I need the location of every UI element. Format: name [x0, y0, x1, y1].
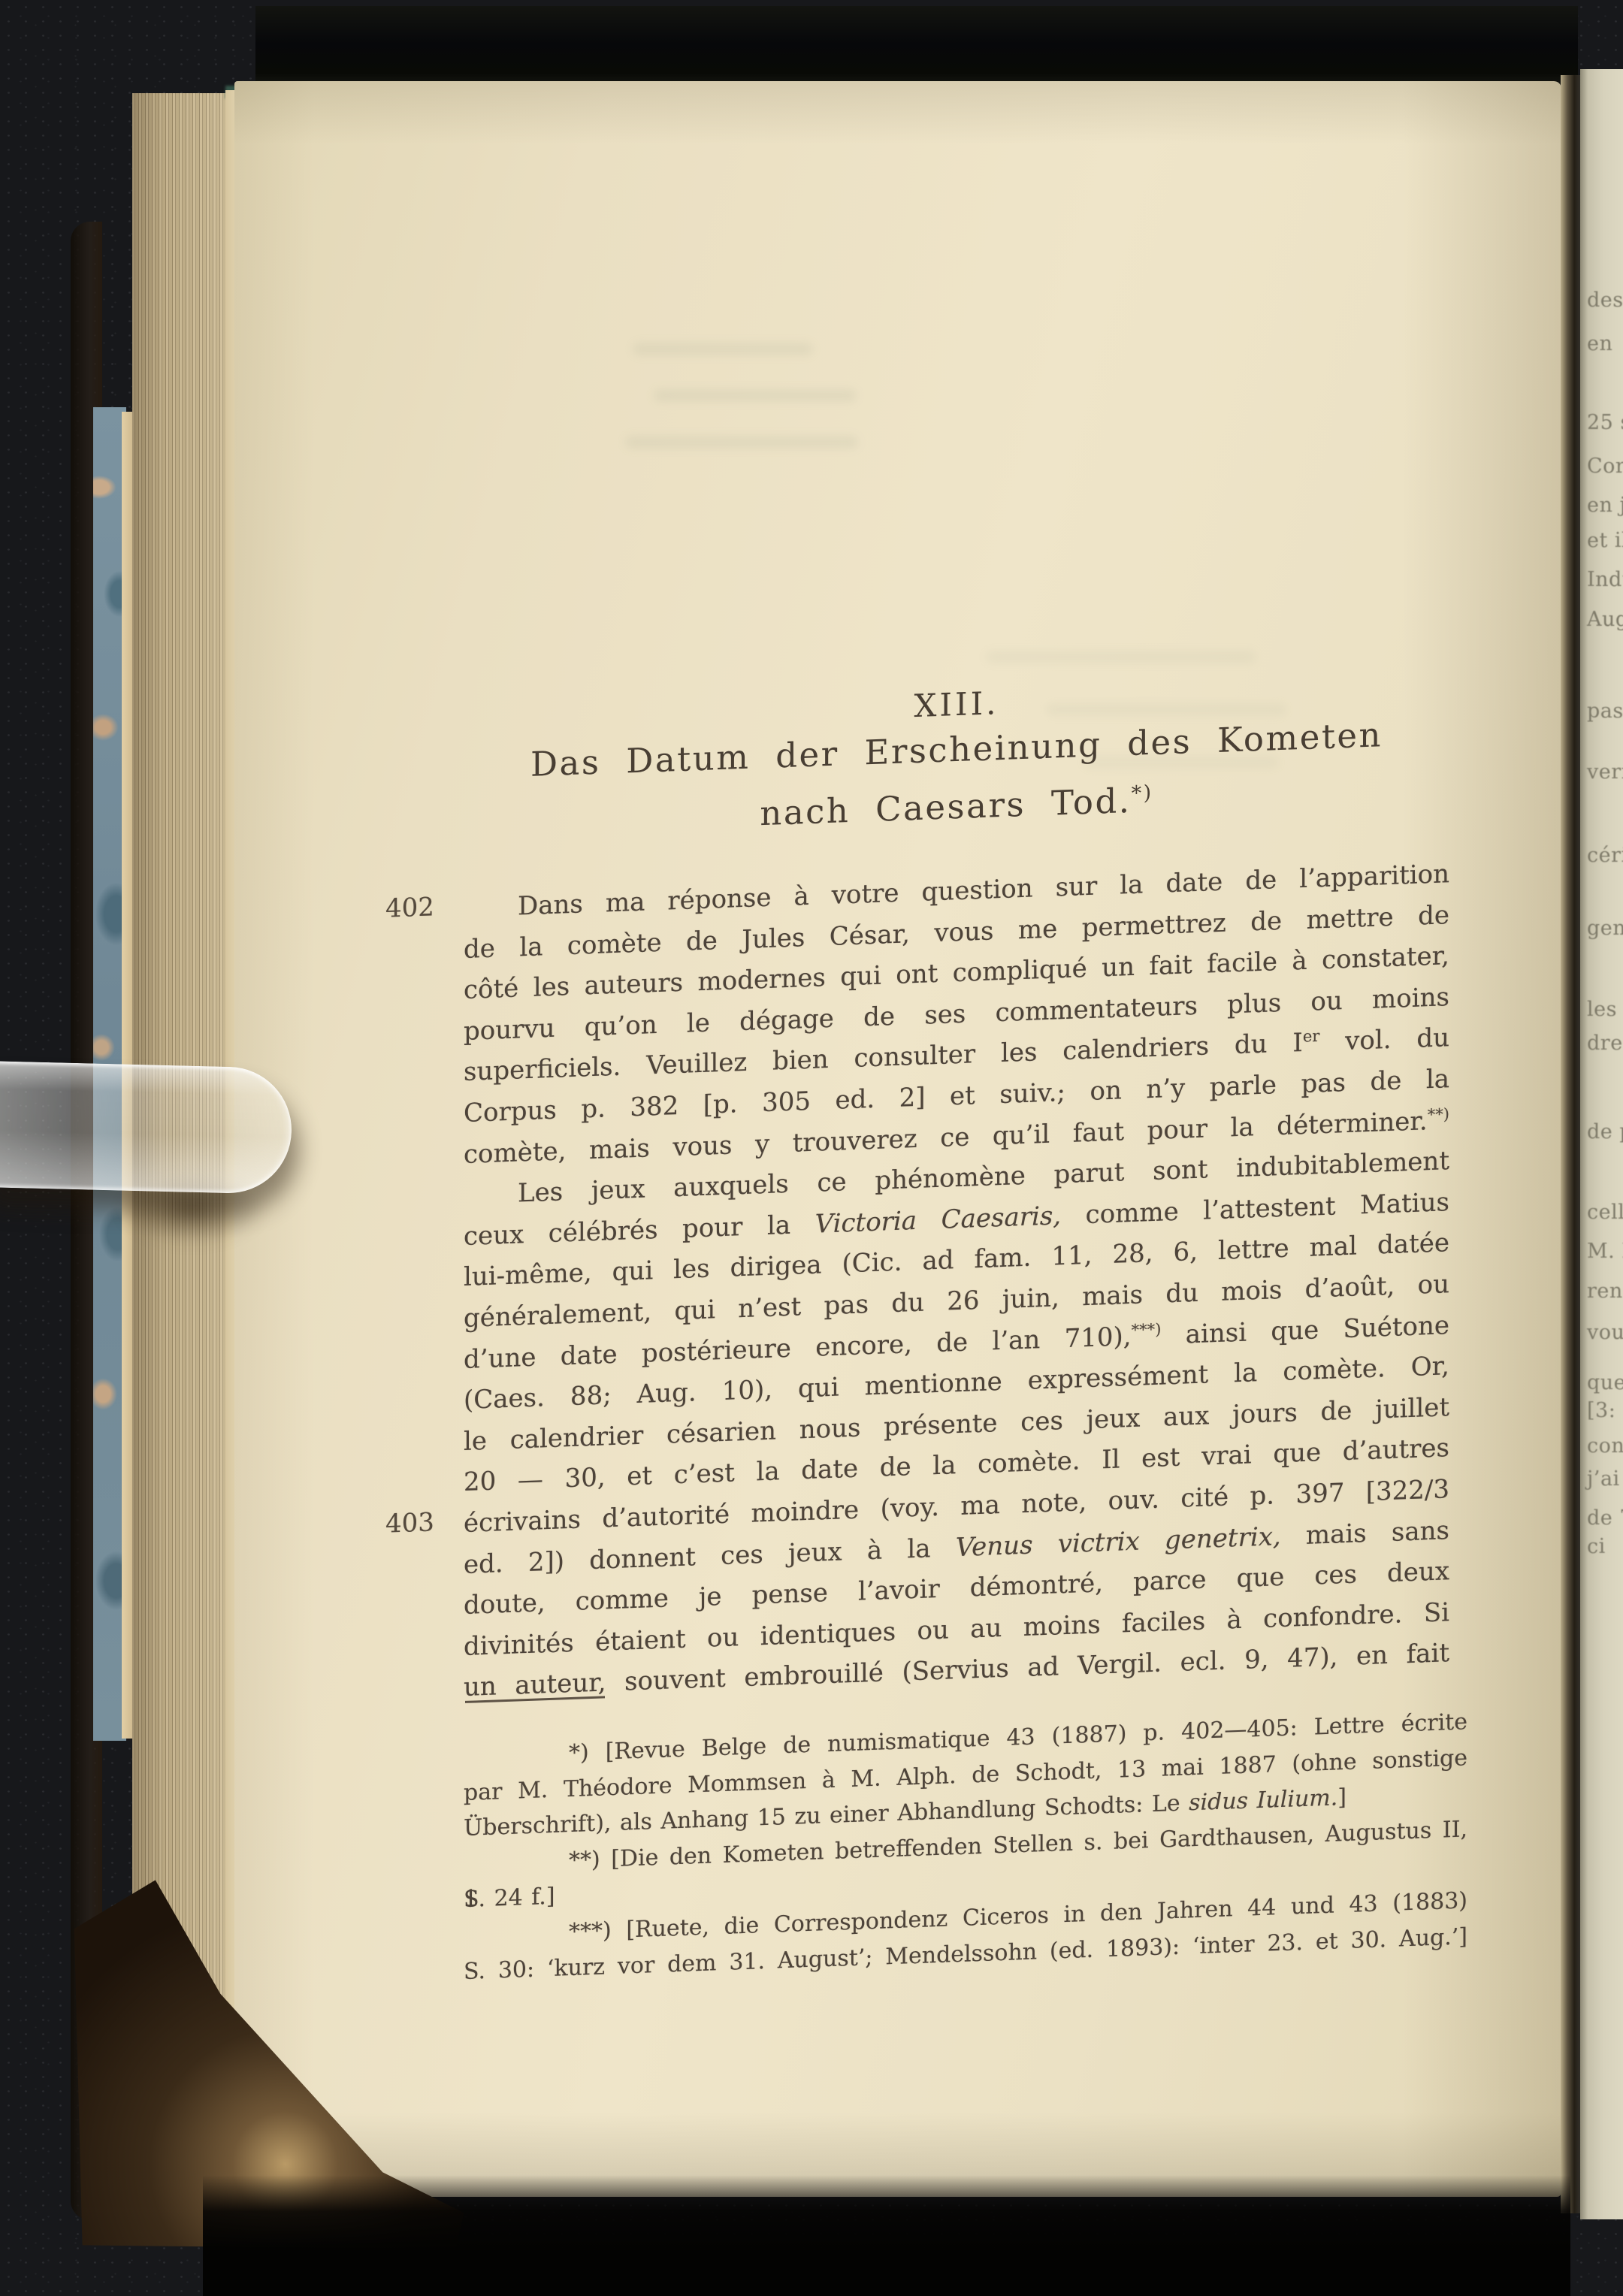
facing-page-line-fragment: et il	[1587, 529, 1623, 552]
book-photograph: XIII. Das Datum der Erscheinung des Kome…	[0, 0, 1623, 2296]
chapter-title-text: nach Caesars Tod.	[760, 781, 1131, 833]
facing-page-line-fragment: de p	[1587, 1120, 1623, 1143]
facing-page-sliver: desen25 sCoren jet ilInduAugpasverncérid…	[1580, 69, 1623, 2219]
facing-page-line-fragment: Indu	[1587, 568, 1623, 591]
facing-page-line-fragment: vern	[1587, 760, 1623, 784]
facing-page-line-fragment: gene	[1587, 917, 1623, 940]
text-run: mais sans	[1281, 1515, 1449, 1551]
facing-page-line-fragment: conf	[1587, 1434, 1623, 1458]
book-page: XIII. Das Datum der Erscheinung des Kome…	[234, 81, 1561, 2197]
facing-page-line-fragment: cérid	[1587, 844, 1623, 867]
footnote-marker: **)	[1428, 1104, 1449, 1123]
facing-page-line-fragment: rend	[1587, 1279, 1623, 1303]
text-run: comme l’attestent Matius	[1061, 1187, 1449, 1231]
facing-page-line-fragment: j’ai	[1587, 1467, 1620, 1491]
text-run: vol. du	[1319, 1023, 1449, 1058]
transparent-page-holder[interactable]	[0, 1061, 293, 1195]
facing-page-line-fragment: pas	[1587, 699, 1623, 723]
text-run: ceux célébrés pour la	[464, 1209, 815, 1251]
facing-page-line-fragment: en j	[1587, 494, 1623, 517]
facing-page-line-fragment: dre	[1587, 1032, 1623, 1055]
facing-page-line-fragment: Cor	[1587, 455, 1623, 478]
facing-page-line-fragment: les	[1587, 998, 1617, 1021]
facing-page-line-fragment: [3:	[1587, 1399, 1615, 1422]
footnote-marker: ***)	[1132, 1319, 1162, 1339]
facing-page-line-fragment: ci	[1587, 1535, 1606, 1558]
facing-page-line-fragment: celle	[1587, 1201, 1623, 1224]
title-footnote-marker: *)	[1132, 781, 1153, 805]
italic-phrase: Victoria Caesaris,	[815, 1201, 1061, 1239]
facing-page-line-fragment: Aug	[1587, 608, 1623, 631]
italic-phrase: Venus victrix genetrix,	[956, 1521, 1281, 1563]
gutter-fold	[1561, 75, 1580, 2213]
facing-page-line-fragment: M. R	[1587, 1240, 1623, 1263]
italic-phrase: sidus Iulium.	[1189, 1785, 1337, 1817]
book-bottom-shadow	[203, 2175, 1570, 2296]
footnote-marker: er	[1303, 1026, 1320, 1046]
facing-page-line-fragment: de 7	[1587, 1506, 1623, 1530]
text-run: ainsi que Suétone	[1161, 1310, 1449, 1350]
facing-page-line-fragment: des	[1587, 289, 1623, 312]
margin-section-number: 402	[385, 892, 434, 923]
margin-section-number: 403	[385, 1507, 434, 1539]
page-text: XIII. Das Datum der Erscheinung des Kome…	[464, 47, 1449, 2110]
facing-page-line-fragment: que	[1587, 1371, 1623, 1394]
facing-page-line-fragment: 25 s	[1587, 411, 1623, 434]
text-run: ]	[1337, 1784, 1346, 1811]
facing-page-line-fragment: vous	[1587, 1321, 1623, 1344]
facing-page-line-fragment: en	[1587, 332, 1612, 355]
text-run: S. 24 f.]	[464, 1884, 555, 1913]
